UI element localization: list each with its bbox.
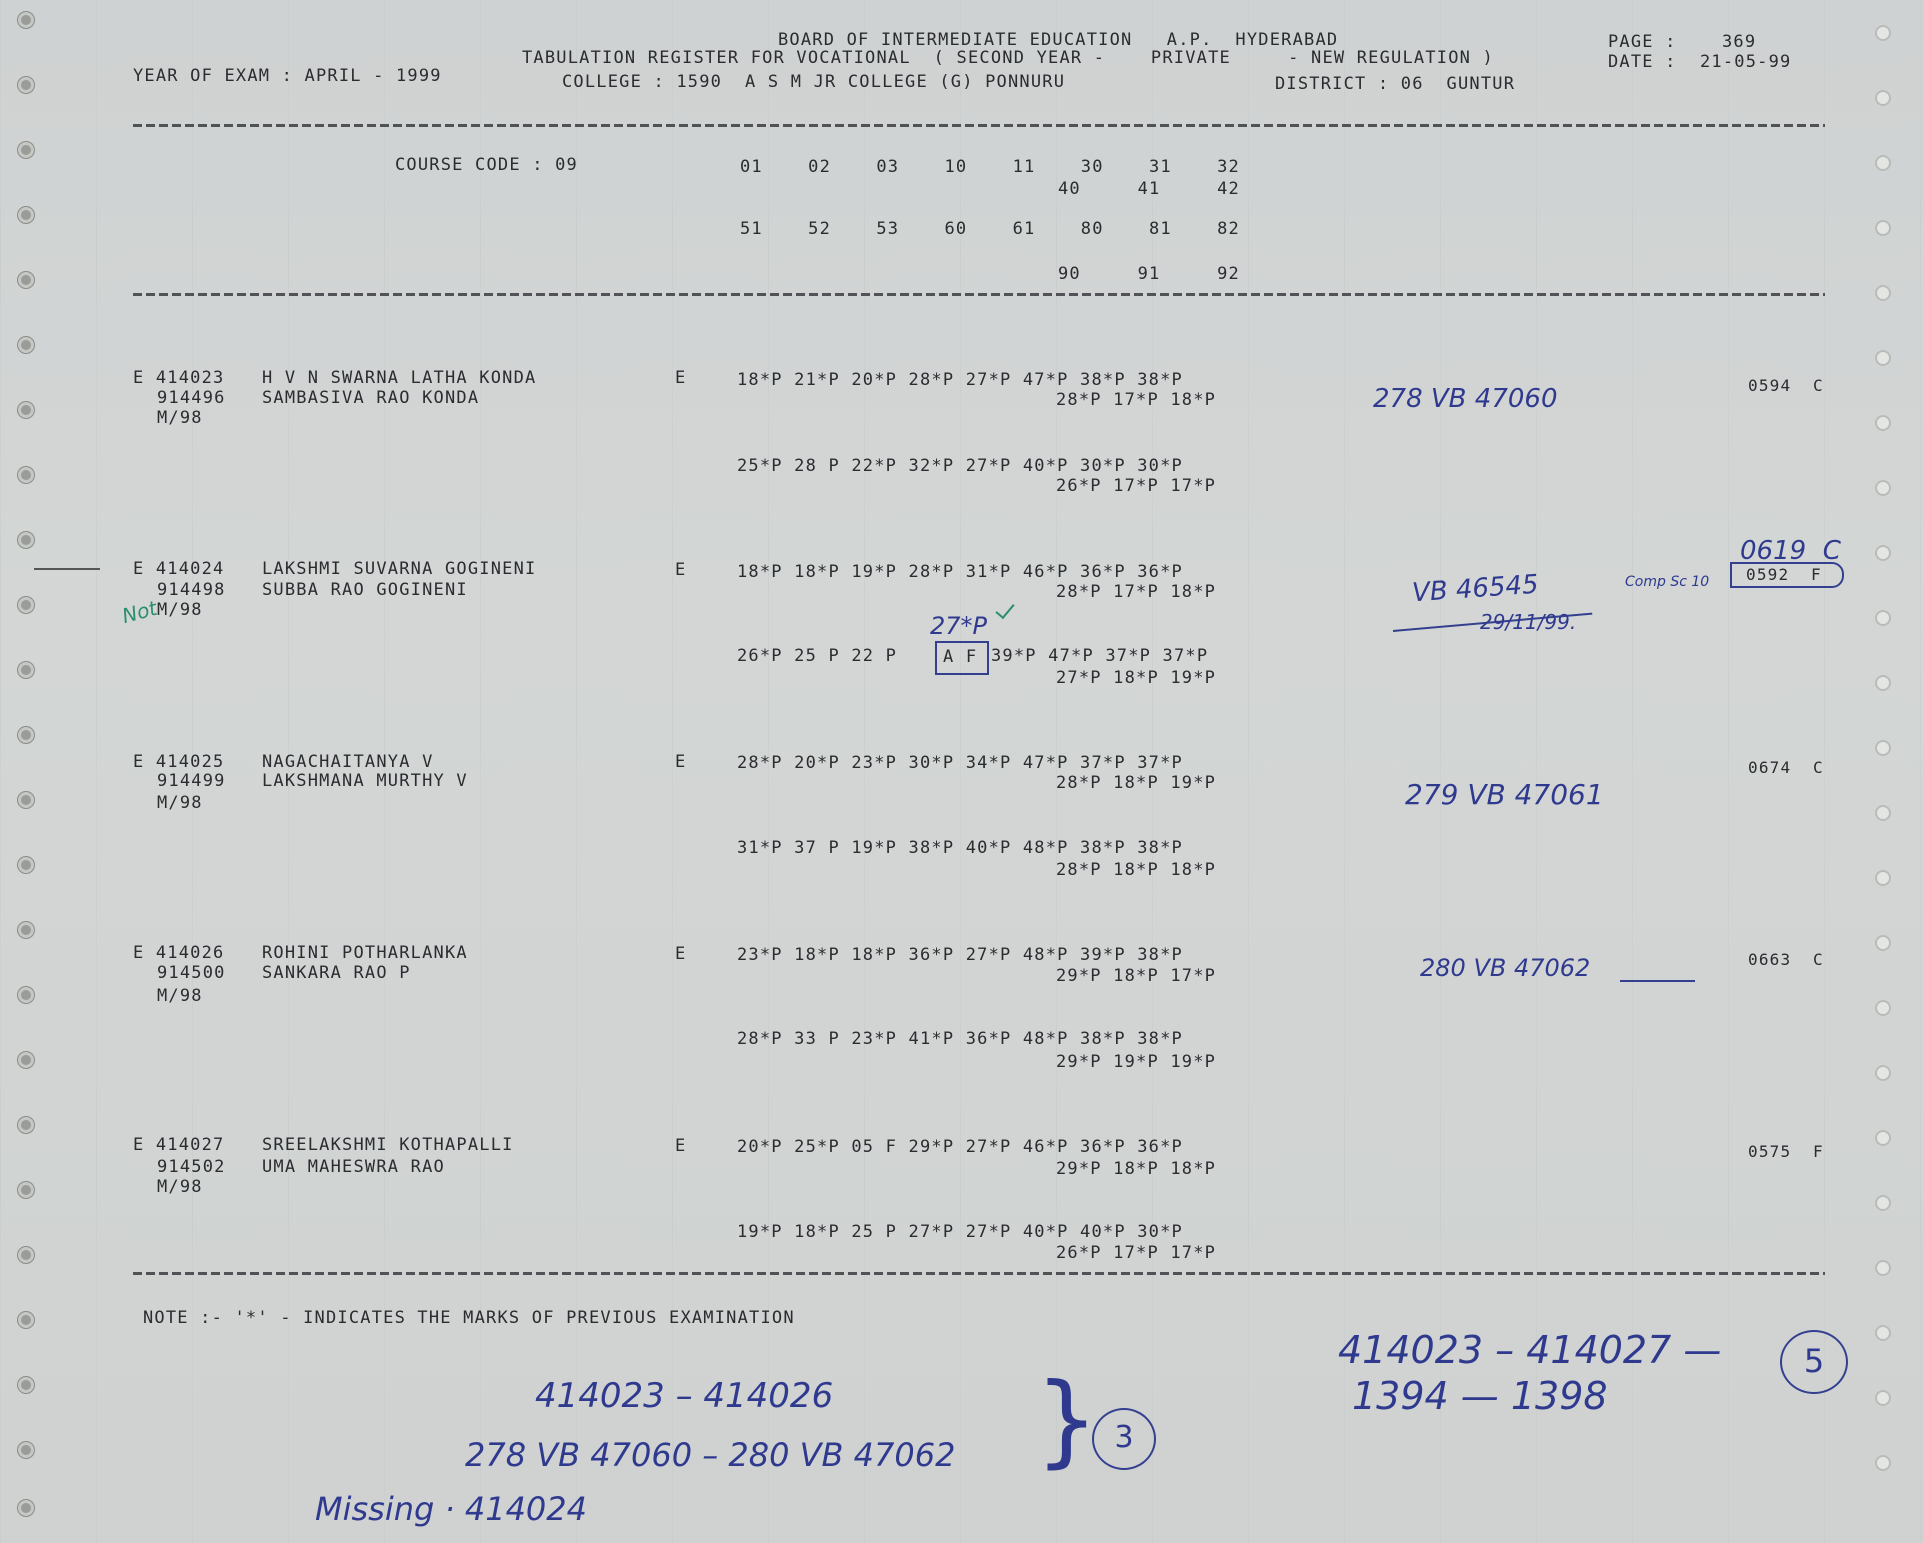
handwritten-certificate-no: 278 VB 47060 bbox=[1373, 384, 1558, 414]
page-label: PAGE : bbox=[1608, 32, 1677, 52]
register-title: TABULATION REGISTER FOR VOCATIONAL ( SEC… bbox=[522, 48, 1494, 68]
date-label: DATE : bbox=[1608, 52, 1677, 72]
reg-number: 914498 bbox=[157, 580, 226, 600]
marks-first-year-extra: 28*P 18*P 19*P bbox=[1056, 773, 1216, 793]
marks-first-year: 28*P 20*P 23*P 30*P 34*P 47*P 37*P 37*P bbox=[737, 753, 1183, 773]
medium: E bbox=[675, 368, 686, 388]
course-code-row1b: 40 41 42 bbox=[1058, 179, 1240, 199]
marks-second-year: 28*P 33 P 23*P 41*P 36*P 48*P 38*P 38*P bbox=[737, 1029, 1183, 1049]
district-info: DISTRICT : 06 GUNTUR bbox=[1275, 74, 1515, 94]
handwritten-date: 29/11/99. bbox=[1480, 610, 1576, 634]
previous-exam: M/98 bbox=[157, 1177, 203, 1197]
hall-ticket: E 414027 bbox=[133, 1135, 224, 1155]
handwritten-margin-note: Not bbox=[119, 596, 159, 628]
marks-first-year: 23*P 18*P 18*P 36*P 27*P 48*P 39*P 38*P bbox=[737, 945, 1183, 965]
medium: E bbox=[675, 560, 686, 580]
total-result: 0674 C bbox=[1748, 758, 1824, 778]
original-total-box: 0592 F bbox=[1730, 562, 1844, 588]
handwritten-certificate-no: VB 46545 bbox=[1411, 570, 1539, 609]
year-of-exam: YEAR OF EXAM : APRIL - 1999 bbox=[133, 66, 442, 86]
hall-ticket: E 414024 bbox=[133, 559, 224, 579]
father-name: LAKSHMANA MURTHY V bbox=[262, 771, 468, 791]
marks-second-year-post: 39*P 47*P 37*P 37*P bbox=[991, 646, 1208, 666]
medium: E bbox=[675, 1136, 686, 1156]
reg-number: 914496 bbox=[157, 388, 226, 408]
footer-note: NOTE :- '*' - INDICATES THE MARKS OF PRE… bbox=[143, 1308, 795, 1328]
previous-exam: M/98 bbox=[157, 986, 203, 1006]
underline bbox=[1620, 980, 1695, 982]
marks-second-year: 25*P 28 P 22*P 32*P 27*P 40*P 30*P 30*P bbox=[737, 456, 1183, 476]
marks-second-year: 19*P 18*P 25 P 27*P 27*P 40*P 40*P 30*P bbox=[737, 1222, 1183, 1242]
handwritten-correction: 27*P bbox=[930, 612, 987, 640]
marks-second-year-extra: 26*P 17*P 17*P bbox=[1056, 1243, 1216, 1263]
marks-second-year: 31*P 37 P 19*P 38*P 40*P 48*P 38*P 38*P bbox=[737, 838, 1183, 858]
college-info: COLLEGE : 1590 A S M JR COLLEGE (G) PONN… bbox=[562, 72, 1065, 92]
marks-second-year-extra: 28*P 18*P 18*P bbox=[1056, 860, 1216, 880]
brace-icon: } bbox=[1035, 1370, 1099, 1470]
medium: E bbox=[675, 944, 686, 964]
student-name: ROHINI POTHARLANKA bbox=[262, 943, 468, 963]
marks-second-year-pre: 26*P 25 P 22 P bbox=[737, 646, 897, 666]
medium: E bbox=[675, 752, 686, 772]
hall-ticket: E 414026 bbox=[133, 943, 224, 963]
marks-second-year-extra: 29*P 19*P 19*P bbox=[1056, 1052, 1216, 1072]
marks-first-year-extra: 29*P 18*P 18*P bbox=[1056, 1159, 1216, 1179]
marks-second-year-extra: 27*P 18*P 19*P bbox=[1056, 668, 1216, 688]
marks-first-year: 20*P 25*P 05 F 29*P 27*P 46*P 36*P 36*P bbox=[737, 1137, 1183, 1157]
student-name: LAKSHMI SUVARNA GOGINENI bbox=[262, 559, 536, 579]
previous-exam: M/98 bbox=[157, 408, 203, 428]
course-code-row1: 01 02 03 10 11 30 31 32 bbox=[740, 157, 1240, 177]
student-name: NAGACHAITANYA V bbox=[262, 752, 434, 772]
total-count-circle: 5 bbox=[1780, 1330, 1848, 1394]
page-number: 369 bbox=[1722, 32, 1756, 52]
previous-exam: M/98 bbox=[157, 793, 203, 813]
marks-first-year-extra: 28*P 17*P 18*P bbox=[1056, 390, 1216, 410]
divider-top bbox=[133, 124, 1825, 127]
green-tick-icon bbox=[995, 599, 1014, 619]
total-result: 0663 C bbox=[1748, 950, 1824, 970]
marks-first-year: 18*P 21*P 20*P 28*P 27*P 47*P 38*P 38*P bbox=[737, 370, 1183, 390]
hall-ticket: E 414025 bbox=[133, 752, 224, 772]
struck-mark-box: A F bbox=[935, 641, 989, 675]
course-code-row3: 90 91 92 bbox=[1058, 264, 1240, 284]
marks-first-year-extra: 29*P 18*P 17*P bbox=[1056, 966, 1216, 986]
previous-exam: M/98 bbox=[157, 600, 203, 620]
father-name: SAMBASIVA RAO KONDA bbox=[262, 388, 479, 408]
student-name: SREELAKSHMI KOTHAPALLI bbox=[262, 1135, 514, 1155]
reg-number: 914499 bbox=[157, 771, 226, 791]
marks-first-year: 18*P 18*P 19*P 28*P 31*P 46*P 36*P 36*P bbox=[737, 562, 1183, 582]
board-title: BOARD OF INTERMEDIATE EDUCATION A.P. HYD… bbox=[778, 30, 1338, 50]
handwritten-certificate-no: 280 VB 47062 bbox=[1420, 954, 1590, 982]
total-result: 0575 F bbox=[1748, 1142, 1824, 1162]
handwritten-summary: 414023 – 414027 — bbox=[1338, 1328, 1721, 1372]
reg-number: 914502 bbox=[157, 1157, 226, 1177]
father-name: UMA MAHESWRA RAO bbox=[262, 1157, 445, 1177]
father-name: SANKARA RAO P bbox=[262, 963, 411, 983]
marks-second-year-extra: 26*P 17*P 17*P bbox=[1056, 476, 1216, 496]
marks-first-year-extra: 28*P 17*P 18*P bbox=[1056, 582, 1216, 602]
reg-number: 914500 bbox=[157, 963, 226, 983]
divider-course bbox=[133, 293, 1825, 296]
handwritten-range: 414023 – 414026 bbox=[535, 1376, 833, 1416]
handwritten-note: Comp Sc 10 bbox=[1625, 574, 1709, 590]
print-date: 21-05-99 bbox=[1700, 52, 1791, 72]
total-result: 0594 C bbox=[1748, 376, 1824, 396]
left-tractor-holes bbox=[18, 0, 58, 1543]
margin-arrow-icon bbox=[34, 568, 100, 570]
divider-bottom bbox=[133, 1272, 1825, 1275]
right-tractor-holes bbox=[1875, 0, 1915, 1543]
father-name: SUBBA RAO GOGINENI bbox=[262, 580, 468, 600]
course-code: COURSE CODE : 09 bbox=[395, 155, 578, 175]
course-code-row2: 51 52 53 60 61 80 81 82 bbox=[740, 219, 1240, 239]
handwritten-missing: Missing · 414024 bbox=[315, 1490, 587, 1528]
handwritten-cert-range: 278 VB 47060 – 280 VB 47062 bbox=[465, 1436, 955, 1474]
count-circle: 3 bbox=[1092, 1408, 1156, 1470]
hall-ticket: E 414023 bbox=[133, 368, 224, 388]
tabulation-register-sheet: BOARD OF INTERMEDIATE EDUCATION A.P. HYD… bbox=[0, 0, 1924, 1543]
handwritten-certificate-no: 279 VB 47061 bbox=[1405, 778, 1604, 811]
student-name: H V N SWARNA LATHA KONDA bbox=[262, 368, 536, 388]
handwritten-serial-range: 1394 — 1398 bbox=[1352, 1374, 1608, 1418]
